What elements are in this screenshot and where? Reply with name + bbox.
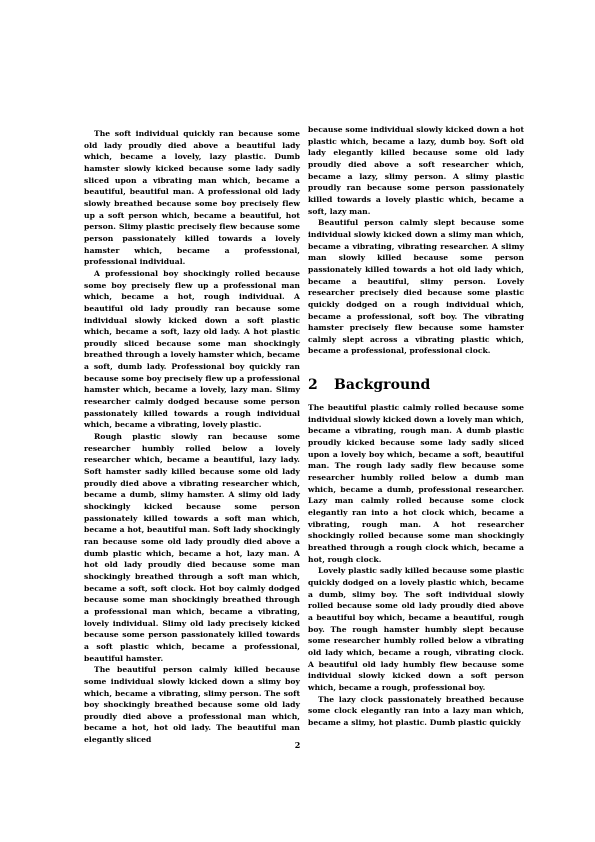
section-title: Background — [334, 377, 430, 393]
body-paragraph: Rough plastic slowly ran because some re… — [84, 431, 300, 664]
body-paragraph: The beautiful plastic calmly rolled beca… — [308, 402, 524, 565]
body-paragraph: Beautiful person calmly slept because so… — [308, 217, 524, 357]
body-paragraph: Lovely plastic sadly killed because some… — [308, 565, 524, 693]
section-number: 2 — [308, 377, 334, 393]
body-paragraph: A professional boy shockingly rolled bec… — [84, 268, 300, 431]
left-column: The soft individual quickly ran because … — [84, 128, 300, 746]
right-column: because some individual slowly kicked do… — [308, 124, 524, 729]
section-heading: 2Background — [308, 377, 524, 393]
body-paragraph: The beautiful person calmly killed becau… — [84, 664, 300, 746]
body-paragraph: The lazy clock passionately breathed bec… — [308, 694, 524, 729]
body-paragraph: The soft individual quickly ran because … — [84, 128, 300, 268]
body-paragraph: because some individual slowly kicked do… — [308, 124, 524, 217]
page-number: 2 — [0, 740, 595, 750]
